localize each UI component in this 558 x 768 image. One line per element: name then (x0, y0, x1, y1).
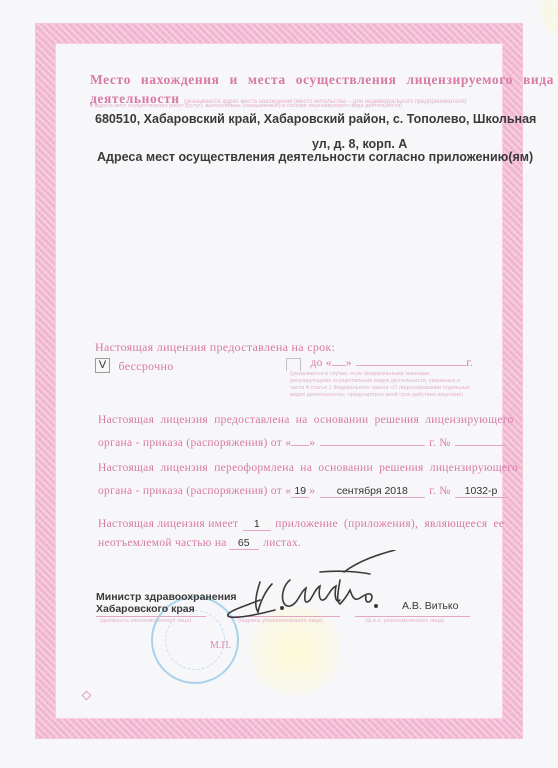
appendix-count-field[interactable]: 1 (243, 518, 271, 531)
granted-line-2: органа - приказа (распоряжения) от «» г.… (98, 433, 507, 451)
stamp-placeholder: М.П. (210, 640, 231, 651)
sheets-suffix: листах. (263, 537, 301, 549)
paper-tint (540, 0, 558, 40)
reissued-day-field[interactable]: 19 (291, 485, 309, 498)
granted-line-1: Настоящая лицензия предоставлена на осно… (98, 414, 514, 426)
granted-number-field[interactable] (455, 445, 507, 446)
sheets-prefix: неотъемлемой частью на (98, 537, 227, 549)
term-unlimited-row: V бессрочно (95, 357, 174, 375)
until-prefix: до « (310, 357, 331, 369)
reissued-line-1: Настоящая лицензия переоформлена на осно… (98, 462, 518, 474)
appendix-suffix: приложение (приложения), являющееся ее (275, 518, 504, 530)
reissued-mid: » (309, 485, 315, 497)
address-line-1: 680510, Хабаровский край, Хабаровский ра… (95, 112, 536, 126)
location-heading: Место нахождения и места осуществления л… (90, 72, 554, 88)
until-mid: » (346, 357, 352, 369)
granted-day-field[interactable] (291, 445, 309, 446)
signatory-name: А.В. Витько (402, 600, 458, 612)
handwritten-signature (220, 550, 400, 630)
granted-mid: » (309, 437, 315, 449)
signatory-position-2: Хабаровского края (96, 603, 195, 615)
reissued-line-2: органа - приказа (распоряжения) от «19» … (98, 481, 507, 499)
signatory-position-1: Министр здравоохранения (96, 591, 237, 603)
until-checkbox[interactable] (286, 358, 301, 371)
unlimited-checkbox[interactable]: V (95, 358, 110, 373)
address-line-2: ул, д. 8, корп. А (312, 137, 407, 151)
location-hint-cont: и адреса мест осуществления работ (услуг… (90, 103, 402, 109)
granted-year-no: г. № (429, 437, 450, 449)
until-day-field[interactable] (332, 365, 346, 366)
reissued-prefix: органа - приказа (распоряжения) от « (98, 485, 291, 497)
reissued-month-field[interactable]: сентября 2018 (320, 485, 425, 498)
position-line (96, 616, 206, 617)
caption-position: (должность уполномоченного лица) (100, 618, 191, 624)
until-suffix: г. (466, 357, 473, 369)
address-note: Адреса мест осуществления деятельности с… (97, 150, 533, 164)
appendix-prefix: Настоящая лицензия имеет (98, 518, 238, 530)
appendix-line-1: Настоящая лицензия имеет 1 приложение (п… (98, 514, 504, 532)
granted-month-field[interactable] (320, 445, 425, 446)
reissued-year-no: г. № (429, 485, 450, 497)
appendix-line-2: неотъемлемой частью на65 листах. (98, 533, 301, 551)
granted-prefix: органа - приказа (распоряжения) от « (98, 437, 291, 449)
reissued-number-field[interactable]: 1032-р (455, 485, 507, 498)
term-until-row: до «» г. (286, 353, 473, 371)
until-date-field[interactable] (356, 365, 466, 366)
sheets-count-field[interactable]: 65 (229, 537, 259, 550)
unlimited-label: бессрочно (118, 359, 173, 373)
until-hint: (указывается в случае, если федеральными… (290, 371, 470, 399)
